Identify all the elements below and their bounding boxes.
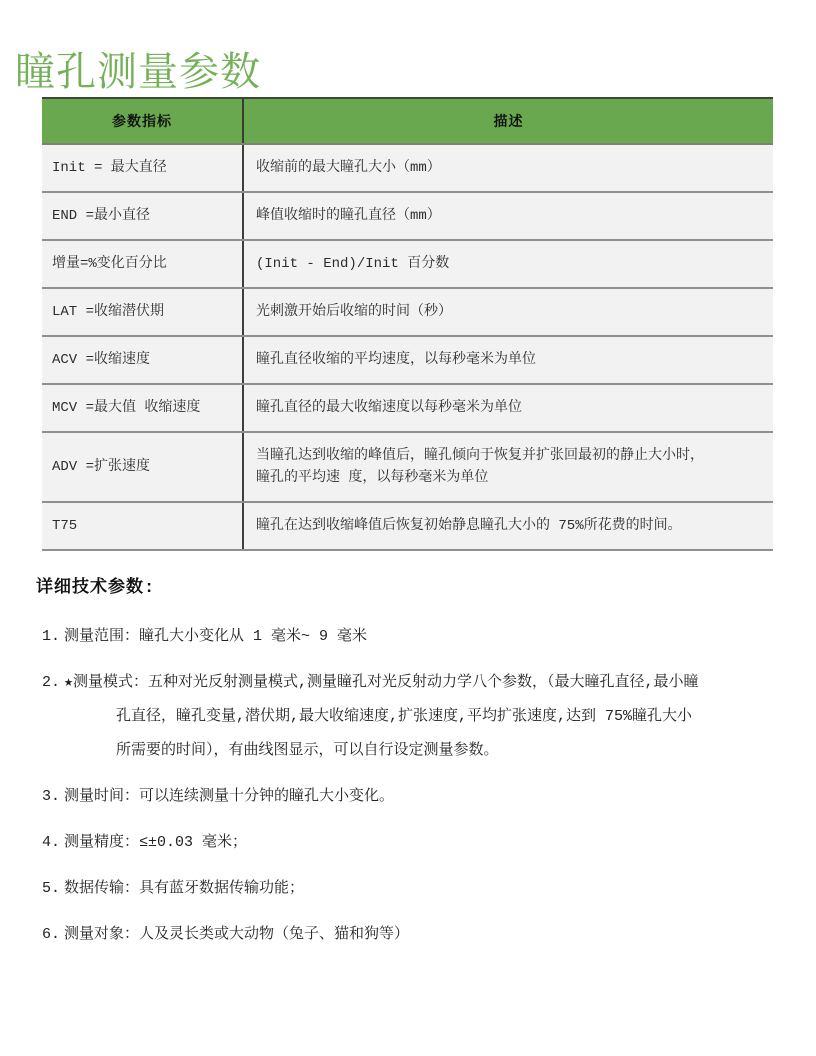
- parameter-cell: T75: [42, 502, 243, 550]
- table-row: ACV =收缩速度 瞳孔直径收缩的平均速度，以每秒毫米为单位: [42, 336, 773, 384]
- table-row: LAT =收缩潜伏期 光刺激开始后收缩的时间（秒）: [42, 288, 773, 336]
- parameter-cell: Init = 最大直径: [42, 144, 243, 192]
- parameter-cell: LAT =收缩潜伏期: [42, 288, 243, 336]
- list-item-number: 5.: [42, 872, 60, 906]
- parameter-cell: ADV =扩张速度: [42, 432, 243, 502]
- table-header-row: 参数指标 描述: [42, 98, 773, 144]
- table-row: Init = 最大直径 收缩前的最大瞳孔大小（mm）: [42, 144, 773, 192]
- list-item: 5. 数据传输：具有蓝牙数据传输功能；: [0, 872, 790, 906]
- parameter-cell: END =最小直径: [42, 192, 243, 240]
- description-cell: 光刺激开始后收缩的时间（秒）: [243, 288, 773, 336]
- list-item-text: 数据传输：具有蓝牙数据传输功能；: [64, 872, 790, 906]
- parameter-cell: 增量=%变化百分比: [42, 240, 243, 288]
- list-item: 6. 测量对象：人及灵长类或大动物（兔子、猫和狗等）: [0, 918, 790, 952]
- description-cell: 瞳孔直径的最大收缩速度以每秒毫米为单位: [243, 384, 773, 432]
- description-cell: 峰值收缩时的瞳孔直径（mm）: [243, 192, 773, 240]
- table-row: T75 瞳孔在达到收缩峰值后恢复初始静息瞳孔大小的 75%所花费的时间。: [42, 502, 773, 550]
- list-item: 3. 测量时间：可以连续测量十分钟的瞳孔大小变化。: [0, 780, 790, 814]
- table-row: END =最小直径 峰值收缩时的瞳孔直径（mm）: [42, 192, 773, 240]
- list-item-number: 3.: [42, 780, 60, 814]
- column-header-description: 描述: [243, 98, 773, 144]
- document-page: 瞳孔测量参数 参数指标 描述 Init = 最大直径 收缩前的最大瞳孔大小（mm…: [0, 0, 816, 1056]
- list-item-text: 测量对象：人及灵长类或大动物（兔子、猫和狗等）: [64, 918, 790, 952]
- list-item-number: 6.: [42, 918, 60, 952]
- list-item: 2. ★测量模式：五种对光反射测量模式,测量瞳孔对光反射动力学八个参数，（最大瞳…: [0, 666, 790, 768]
- list-item: 4. 测量精度：≤±0.03 毫米；: [0, 826, 790, 860]
- list-item-text: 测量精度：≤±0.03 毫米；: [64, 826, 790, 860]
- list-item-text: ★测量模式：五种对光反射测量模式,测量瞳孔对光反射动力学八个参数，（最大瞳孔直径…: [64, 666, 790, 768]
- list-item-text: 测量时间：可以连续测量十分钟的瞳孔大小变化。: [64, 780, 790, 814]
- description-cell: 当瞳孔达到收缩的峰值后，瞳孔倾向于恢复并扩张回最初的静止大小时， 瞳孔的平均速 …: [243, 432, 773, 502]
- section-heading: 详细技术参数:: [36, 572, 155, 598]
- table-row: MCV =最大值 收缩速度 瞳孔直径的最大收缩速度以每秒毫米为单位: [42, 384, 773, 432]
- page-title: 瞳孔测量参数: [15, 53, 261, 99]
- list-item-number: 2.: [42, 666, 60, 700]
- description-cell: 瞳孔直径收缩的平均速度，以每秒毫米为单位: [243, 336, 773, 384]
- parameter-cell: ACV =收缩速度: [42, 336, 243, 384]
- spec-list: 1. 测量范围：瞳孔大小变化从 1 毫米~ 9 毫米 2. ★测量模式：五种对光…: [0, 620, 790, 964]
- description-cell: 瞳孔在达到收缩峰值后恢复初始静息瞳孔大小的 75%所花费的时间。: [243, 502, 773, 550]
- parameter-cell: MCV =最大值 收缩速度: [42, 384, 243, 432]
- description-cell: 收缩前的最大瞳孔大小（mm）: [243, 144, 773, 192]
- column-header-parameter: 参数指标: [42, 98, 243, 144]
- list-item-number: 4.: [42, 826, 60, 860]
- list-item-number: 1.: [42, 620, 60, 654]
- list-item: 1. 测量范围：瞳孔大小变化从 1 毫米~ 9 毫米: [0, 620, 790, 654]
- parameter-table: 参数指标 描述 Init = 最大直径 收缩前的最大瞳孔大小（mm） END =…: [42, 97, 773, 551]
- list-item-text: 测量范围：瞳孔大小变化从 1 毫米~ 9 毫米: [64, 620, 790, 654]
- table-row: 增量=%变化百分比 (Init - End)/Init 百分数: [42, 240, 773, 288]
- table-row: ADV =扩张速度 当瞳孔达到收缩的峰值后，瞳孔倾向于恢复并扩张回最初的静止大小…: [42, 432, 773, 502]
- description-cell: (Init - End)/Init 百分数: [243, 240, 773, 288]
